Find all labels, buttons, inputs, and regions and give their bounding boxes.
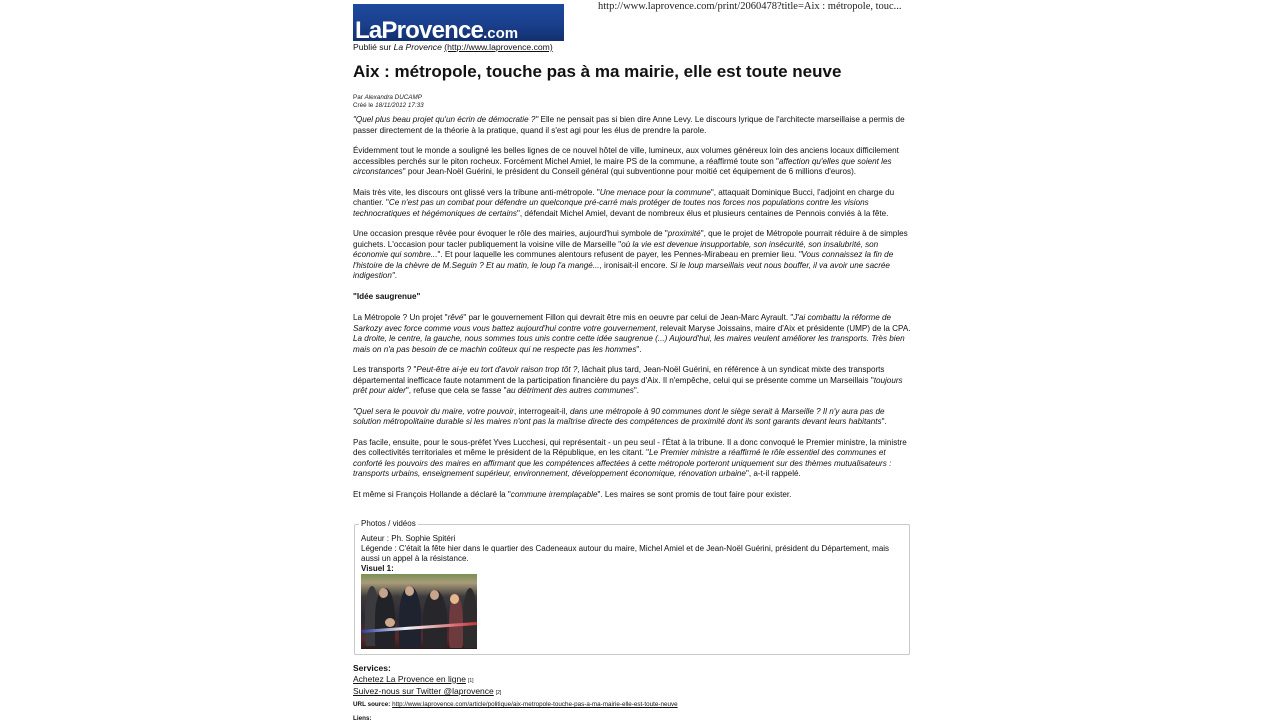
print-url: http://www.laprovence.com/print/2060478?… bbox=[598, 1, 902, 12]
service-link-row: Achetez La Provence en ligne[1] bbox=[353, 674, 501, 687]
photos-videos-box: Photos / vidéos Auteur : Ph. Sophie Spit… bbox=[354, 524, 910, 655]
author-line: Par Alexandra DUCAMP bbox=[353, 94, 424, 102]
photos-legend: Photos / vidéos bbox=[359, 519, 418, 528]
twitter-link[interactable]: Suivez-nous sur Twitter @laprovence bbox=[353, 686, 494, 696]
buy-la-provence-link[interactable]: Achetez La Provence en ligne bbox=[353, 674, 466, 684]
url-source-label: URL source: bbox=[353, 701, 390, 708]
paragraph: Évidemment tout le monde a souligné les … bbox=[353, 146, 913, 178]
links-heading: Liens: bbox=[353, 715, 372, 720]
site-link[interactable]: (http://www.laprovence.com) bbox=[444, 42, 552, 52]
photo-caption: Légende : C'était la fête hier dans le q… bbox=[361, 544, 901, 564]
la-provence-logo[interactable]: LaProvence.com bbox=[353, 4, 564, 41]
url-source: URL source: http://www.laprovence.com/ar… bbox=[353, 701, 678, 708]
created-line: Créé le 18/11/2012 17:33 bbox=[353, 102, 424, 110]
services-section: Services: Achetez La Provence en ligne[1… bbox=[353, 663, 501, 699]
published-on: Publié sur La Provence (http://www.lapro… bbox=[353, 42, 553, 52]
subheading: "Idée saugrenue" bbox=[353, 292, 913, 303]
paragraph: Pas facile, ensuite, pour le sous-préfet… bbox=[353, 438, 913, 480]
url-source-link[interactable]: http://www.laprovence.com/article/politi… bbox=[392, 701, 678, 708]
paragraph: "Quel plus beau projet qu'un écrin de dé… bbox=[353, 115, 913, 136]
paragraph: "Quel sera le pouvoir du maire, votre po… bbox=[353, 407, 913, 428]
paragraph: Et même si François Hollande a déclaré l… bbox=[353, 490, 913, 501]
article-body: "Quel plus beau projet qu'un écrin de dé… bbox=[353, 115, 913, 510]
logo-text: LaProvence.com bbox=[355, 17, 518, 41]
photo-details: Auteur : Ph. Sophie Spitéri Légende : C'… bbox=[361, 534, 901, 574]
photo-author: Auteur : Ph. Sophie Spitéri bbox=[361, 534, 901, 544]
paragraph: Mais très vite, les discours ont glissé … bbox=[353, 188, 913, 220]
article-title: Aix : métropole, touche pas à ma mairie,… bbox=[353, 62, 923, 82]
paragraph: Les transports ? "Peut-être ai-je eu tor… bbox=[353, 365, 913, 397]
visual-label: Visuel 1: bbox=[361, 564, 394, 573]
services-heading: Services: bbox=[353, 663, 501, 674]
paragraph: Une occasion presque rêvée pour évoquer … bbox=[353, 229, 913, 282]
service-link-row: Suivez-nous sur Twitter @laprovence[2] bbox=[353, 686, 501, 699]
paragraph: La Métropole ? Un projet "rêvé" par le g… bbox=[353, 313, 913, 355]
byline: Par Alexandra DUCAMP Créé le 18/11/2012 … bbox=[353, 94, 424, 109]
photo-image[interactable] bbox=[361, 574, 477, 649]
